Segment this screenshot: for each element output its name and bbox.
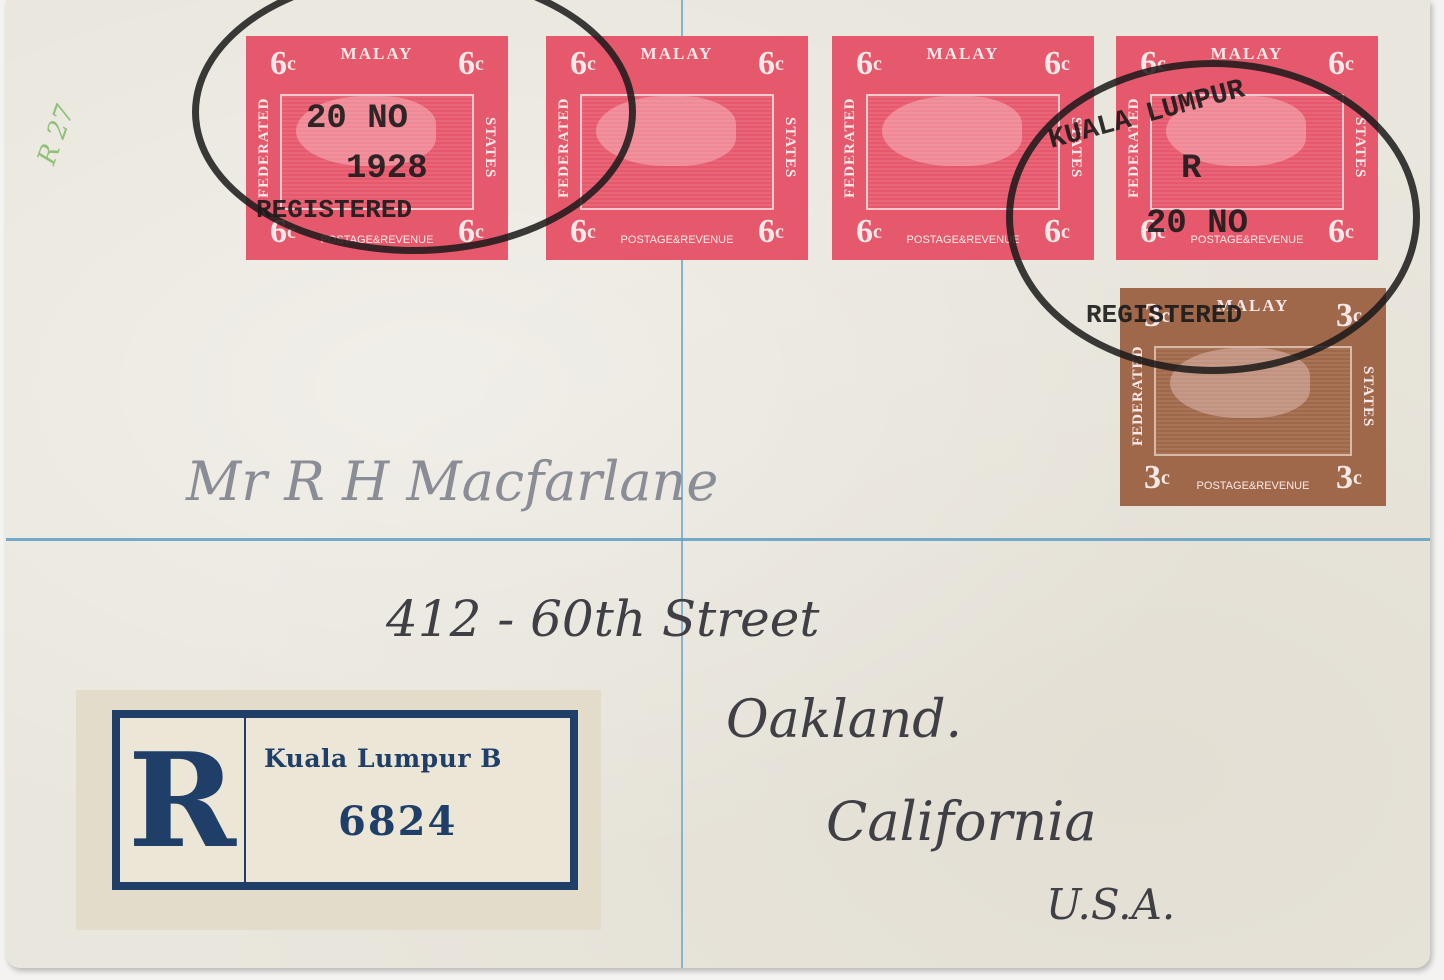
postmark-date: 20 NO [1146, 205, 1248, 243]
stamp-caption: POSTAGE&REVENUE [1190, 480, 1316, 492]
stamp-denomination: 6c [1026, 42, 1088, 86]
address-country: U.S.A. [1046, 880, 1175, 929]
stamp-side-right: STATES [1358, 348, 1376, 446]
registration-crayon-line-horizontal [6, 538, 1430, 541]
postmark-code: R [1181, 150, 1201, 188]
postmark-bottom: REGISTERED [256, 195, 412, 225]
stamp-caption: POSTAGE&REVENUE [616, 234, 738, 246]
address-street: 412 - 60th Street [386, 590, 819, 648]
stamp-denomination: 6c [740, 210, 802, 254]
postmark-bottom: REGISTERED [1086, 300, 1242, 330]
stamp-side-left: FEDERATED [842, 96, 860, 200]
stamp-country: MALAY [616, 44, 738, 64]
registration-number: 6824 [338, 798, 457, 845]
stamp-denomination: 6c [740, 42, 802, 86]
address-state: California [826, 790, 1097, 853]
postmark-date: 20 NO [306, 100, 408, 138]
registration-letter: R [120, 718, 246, 882]
stamp-denomination: 6c [838, 42, 900, 86]
stamp-side-right: STATES [780, 96, 798, 200]
stamp-country: MALAY [902, 44, 1024, 64]
registration-label: R Kuala Lumpur B 6824 [76, 690, 601, 930]
stamp-denomination: 3c [1318, 456, 1380, 500]
registration-frame: R Kuala Lumpur B 6824 [112, 710, 578, 890]
address-city: Oakland. [726, 690, 962, 750]
address-name: Mr R H Macfarlane [186, 450, 718, 513]
stamp-denomination: 3c [1126, 456, 1188, 500]
tiger-icon [882, 96, 1022, 166]
envelope: R 27 MALAY FEDERATED STATES 6c 6c 6c 6c … [6, 0, 1430, 968]
stamp-denomination: 6c [838, 210, 900, 254]
stamp-caption: POSTAGE&REVENUE [902, 234, 1024, 246]
stamp-denomination: 6c [1310, 42, 1372, 86]
registration-office: Kuala Lumpur B [264, 744, 502, 773]
postmark-year: 1928 [346, 150, 428, 188]
